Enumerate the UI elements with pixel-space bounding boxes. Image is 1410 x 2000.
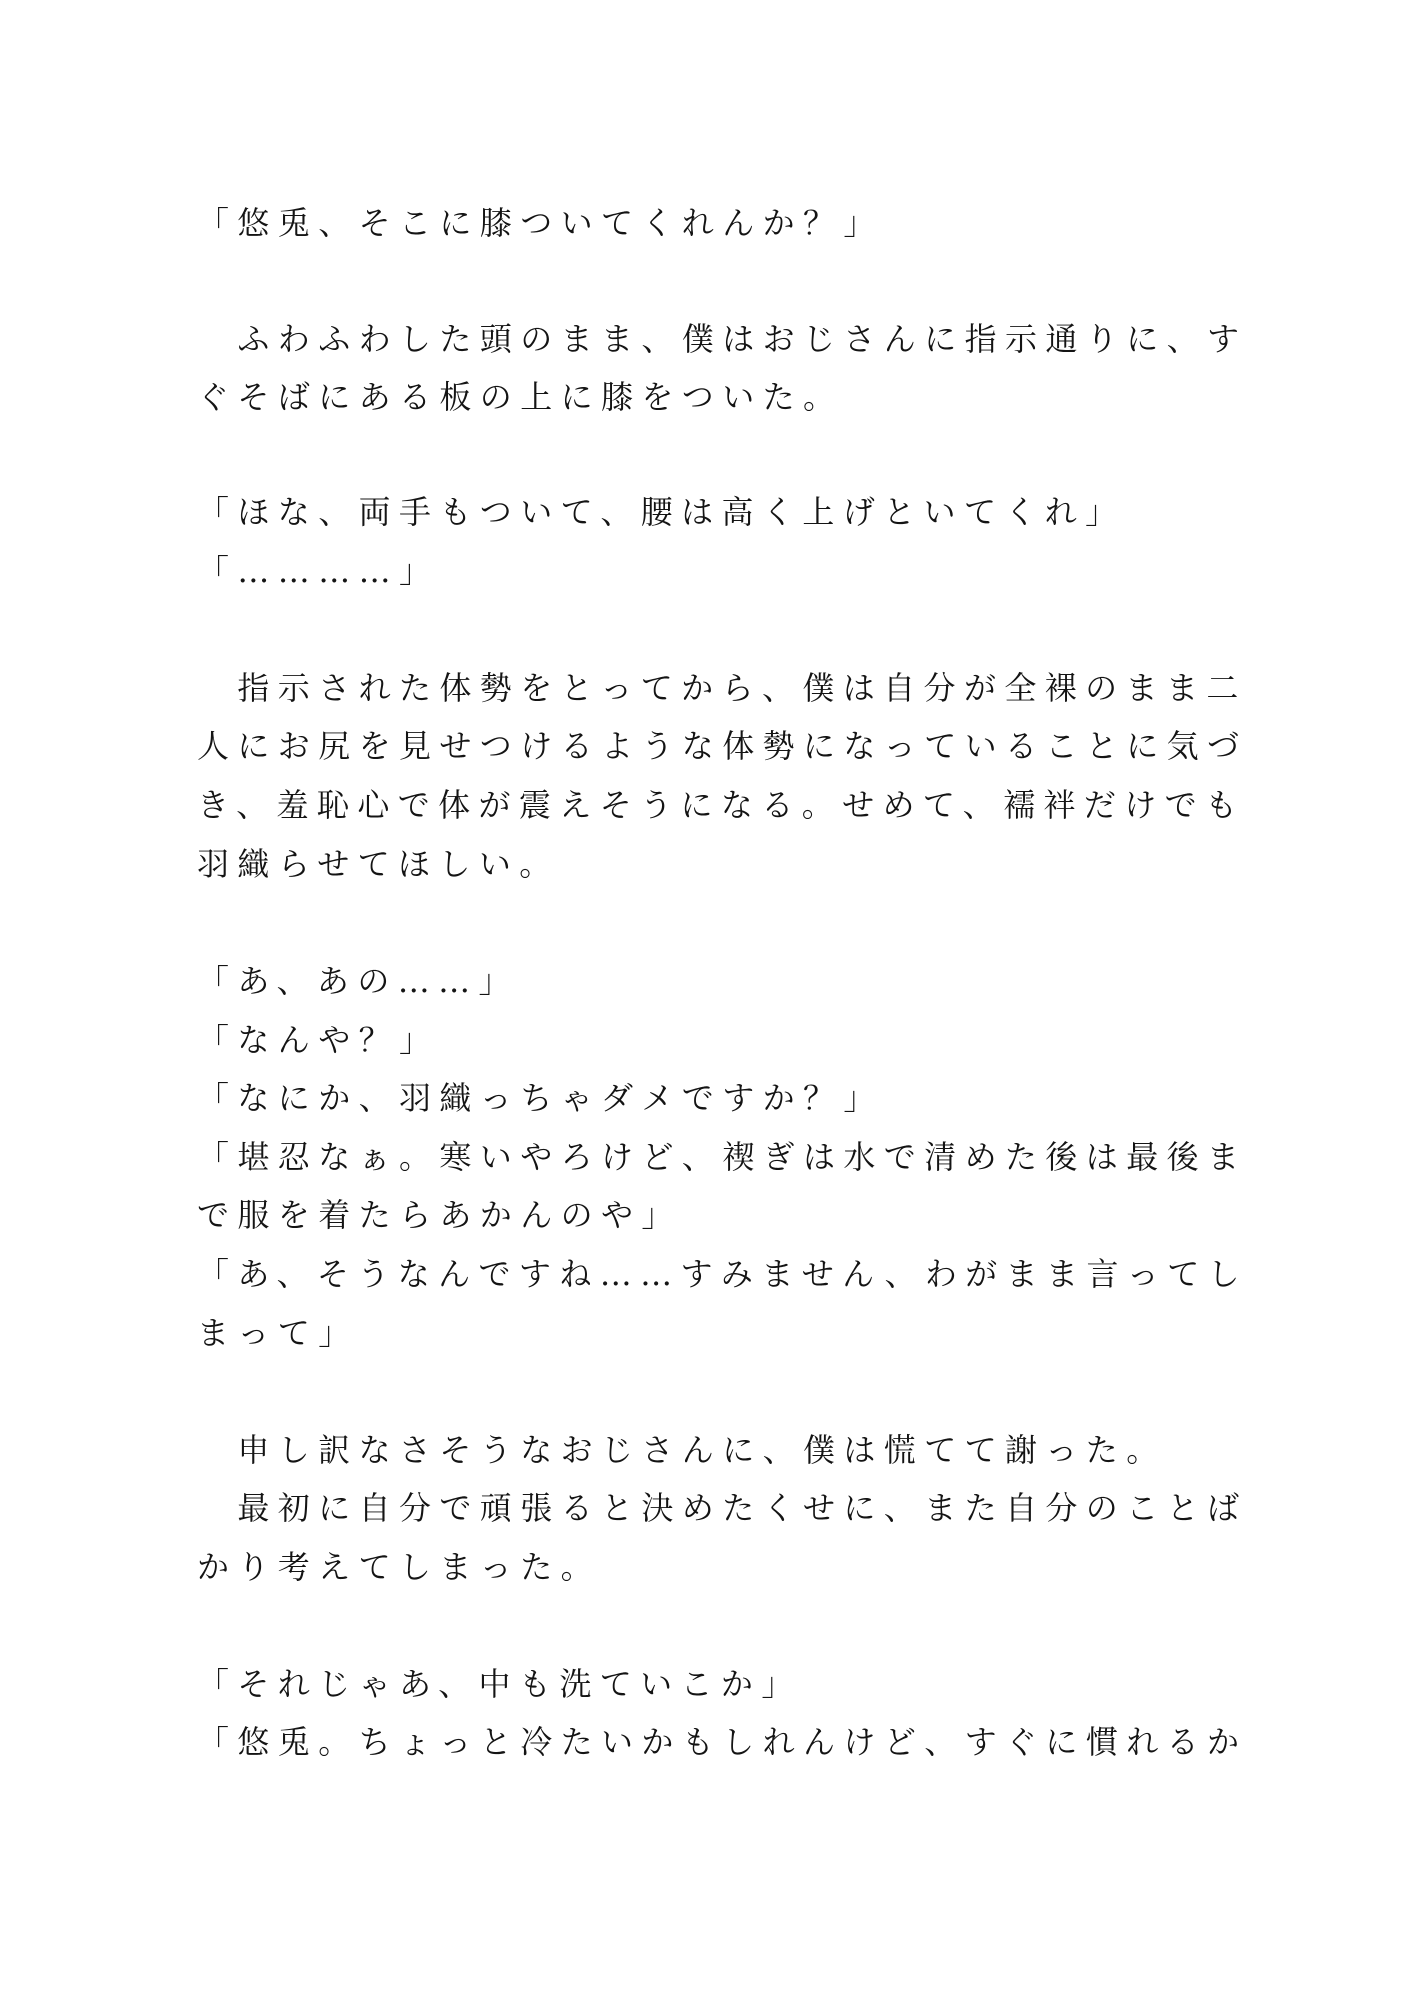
text-line: 人にお尻を見せつけるような体勢になっていることに気づ xyxy=(197,724,1247,768)
text-line: 「悠兎、そこに膝ついてくれんか？」 xyxy=(197,201,884,245)
text-line: 「堪忍なぁ。寒いやろけど、禊ぎは水で清めた後は最後ま xyxy=(197,1135,1247,1179)
text-line: 最初に自分で頑張ると決めたくせに、また自分のことば xyxy=(197,1486,1247,1530)
text-line: き、羞恥心で体が震えそうになる。せめて、襦袢だけでも xyxy=(197,783,1245,827)
text-line: まって」 xyxy=(197,1311,359,1355)
text-line: 「それじゃあ、中も洗ていこか」 xyxy=(197,1662,802,1706)
text-line: 指示された体勢をとってから、僕は自分が全裸のまま二 xyxy=(197,666,1247,710)
text-line: ふわふわした頭のまま、僕はおじさんに指示通りに、す xyxy=(197,317,1247,361)
text-line: 「ほな、両手もついて、腰は高く上げといてくれ」 xyxy=(197,490,1126,534)
text-line: 「あ、あの……」 xyxy=(197,959,519,1003)
document-page: 「悠兎、そこに膝ついてくれんか？」 ふわふわした頭のまま、僕はおじさんに指示通り… xyxy=(0,0,1410,2000)
text-line: で服を着たらあかんのや」 xyxy=(197,1193,682,1237)
text-line: 「なにか、羽織っちゃダメですか？」 xyxy=(197,1076,884,1120)
text-line: 「悠兎。ちょっと冷たいかもしれんけど、すぐに慣れるか xyxy=(197,1720,1247,1764)
text-line: 「なんや？」 xyxy=(197,1018,439,1062)
text-line: かり考えてしまった。 xyxy=(197,1545,601,1589)
text-line: 申し訳なさそうなおじさんに、僕は慌てて謝った。 xyxy=(197,1428,1167,1472)
text-line: 「あ、そうなんですね……すみません、わがまま言ってし xyxy=(197,1252,1248,1296)
text-line: ぐそばにある板の上に膝をついた。 xyxy=(197,375,843,419)
text-line: 羽織らせてほしい。 xyxy=(197,842,560,886)
text-line: 「…………」 xyxy=(197,549,439,593)
